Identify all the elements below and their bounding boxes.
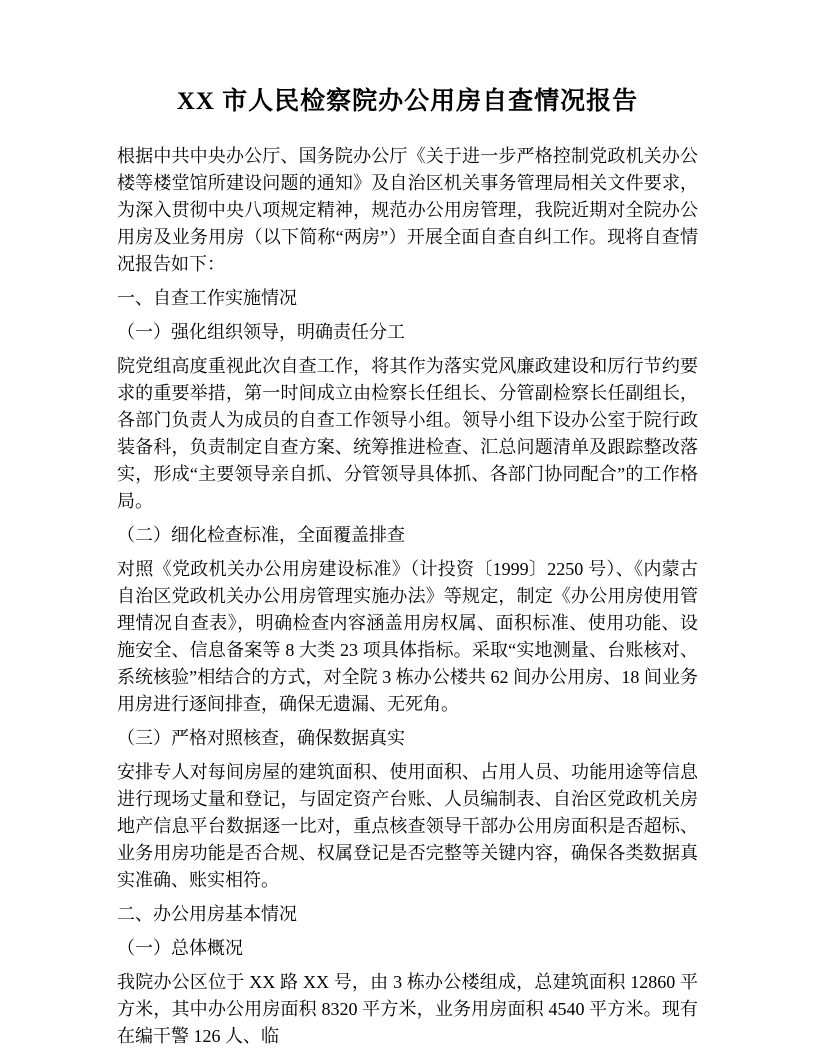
paragraph-inspection-standards: 对照《党政机关办公用房建设标准》（计投资〔1999〕2250 号）、《内蒙古自治… [117,556,698,718]
heading-section-1-sub-2: （二）细化检查标准，全面覆盖排查 [117,522,698,549]
paragraph-intro: 根据中共中央办公厅、国务院办公厅《关于进一步严格控制党政机关办公楼等楼堂馆所建设… [117,143,698,278]
paragraph-overview: 我院办公区位于 XX 路 XX 号，由 3 栋办公楼组成，总建筑面积 12860… [117,969,698,1050]
heading-section-2-sub-1: （一）总体概况 [117,935,698,962]
paragraph-data-verification: 安排专人对每间房屋的建筑面积、使用面积、占用人员、功能用途等信息进行现场丈量和登… [117,759,698,894]
heading-section-2: 二、办公用房基本情况 [117,901,698,928]
heading-section-1-sub-3: （三）严格对照核查，确保数据真实 [117,725,698,752]
document-page: XX 市人民检察院办公用房自查情况报告 根据中共中央办公厅、国务院办公厅《关于进… [0,0,816,1056]
heading-section-1-sub-1: （一）强化组织领导，明确责任分工 [117,319,698,346]
document-title: XX 市人民检察院办公用房自查情况报告 [117,86,698,118]
paragraph-organization-leadership: 院党组高度重视此次自查工作，将其作为落实党风廉政建设和厉行节约要求的重要举措，第… [117,353,698,515]
heading-section-1: 一、自查工作实施情况 [117,285,698,312]
